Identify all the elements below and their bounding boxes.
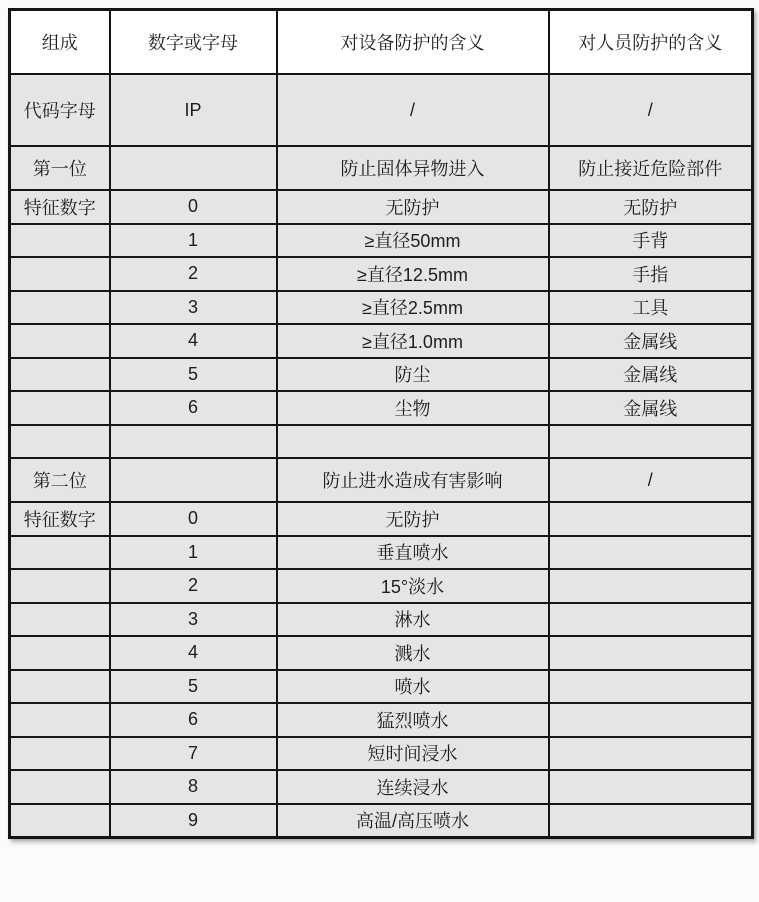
ip-rating-table: 组成 数字或字母 对设备防护的含义 对人员防护的含义 代码字母IP//第一位防止…: [8, 8, 754, 839]
table-row: 4溅水: [10, 636, 753, 670]
table-cell: [10, 636, 110, 670]
table-cell: 猛烈喷水: [277, 703, 549, 737]
table-cell: 3: [110, 603, 277, 637]
table-cell: ≥直径12.5mm: [277, 257, 549, 291]
table-cell: 7: [110, 737, 277, 771]
table-cell: [549, 569, 753, 603]
page: 组成 数字或字母 对设备防护的含义 对人员防护的含义 代码字母IP//第一位防止…: [0, 0, 759, 902]
table-cell: [10, 324, 110, 358]
table-cell: 4: [110, 636, 277, 670]
table-cell: 6: [110, 391, 277, 425]
table-cell: [549, 770, 753, 804]
table-cell: [277, 425, 549, 459]
table-cell: 短时间浸水: [277, 737, 549, 771]
table-cell: /: [549, 458, 753, 502]
table-cell: 5: [110, 358, 277, 392]
column-header-composition: 组成: [10, 10, 110, 75]
table-row: 特征数字0无防护无防护: [10, 190, 753, 224]
header-row: 组成 数字或字母 对设备防护的含义 对人员防护的含义: [10, 10, 753, 75]
table-cell: 9: [110, 804, 277, 838]
table-cell: 4: [110, 324, 277, 358]
table-row: 3≥直径2.5mm工具: [10, 291, 753, 325]
table-cell: 金属线: [549, 391, 753, 425]
table-cell: [10, 703, 110, 737]
table-cell: [10, 670, 110, 704]
table-cell: 防止进水造成有害影响: [277, 458, 549, 502]
table-row: 特征数字0无防护: [10, 502, 753, 536]
table-cell: [549, 670, 753, 704]
table-cell: 金属线: [549, 324, 753, 358]
column-header-personnel-protection: 对人员防护的含义: [549, 10, 753, 75]
table-cell: 8: [110, 770, 277, 804]
table-cell: [10, 224, 110, 258]
table-cell: 溅水: [277, 636, 549, 670]
table-cell: [110, 425, 277, 459]
table-cell: /: [277, 74, 549, 146]
table-row: 8连续浸水: [10, 770, 753, 804]
table-cell: 喷水: [277, 670, 549, 704]
table-cell: 0: [110, 190, 277, 224]
table-cell: 防尘: [277, 358, 549, 392]
table-cell: 1: [110, 224, 277, 258]
table-row: 3淋水: [10, 603, 753, 637]
table-cell: [10, 536, 110, 570]
table-row: 第二位防止进水造成有害影响/: [10, 458, 753, 502]
table-cell: 防止固体异物进入: [277, 146, 549, 190]
table-row: 9高温/高压喷水: [10, 804, 753, 838]
column-header-number-or-letter: 数字或字母: [110, 10, 277, 75]
table-cell: 尘物: [277, 391, 549, 425]
table-row: 6尘物金属线: [10, 391, 753, 425]
table-cell: [10, 804, 110, 838]
table-cell: [10, 569, 110, 603]
ip-rating-table-wrapper: 组成 数字或字母 对设备防护的含义 对人员防护的含义 代码字母IP//第一位防止…: [8, 8, 754, 839]
table-cell: 工具: [549, 291, 753, 325]
table-cell: 垂直喷水: [277, 536, 549, 570]
table-cell: 特征数字: [10, 502, 110, 536]
table-cell: /: [549, 74, 753, 146]
table-cell: 6: [110, 703, 277, 737]
table-row: 2≥直径12.5mm手指: [10, 257, 753, 291]
table-cell: ≥直径1.0mm: [277, 324, 549, 358]
table-cell: IP: [110, 74, 277, 146]
table-row: 5防尘金属线: [10, 358, 753, 392]
table-cell: [10, 291, 110, 325]
table-cell: [549, 536, 753, 570]
table-cell: [549, 804, 753, 838]
table-cell: 高温/高压喷水: [277, 804, 549, 838]
column-header-equipment-protection: 对设备防护的含义: [277, 10, 549, 75]
table-cell: [10, 603, 110, 637]
table-cell: [549, 737, 753, 771]
table-cell: [549, 636, 753, 670]
table-cell: [549, 425, 753, 459]
table-row: 第一位防止固体异物进入防止接近危险部件: [10, 146, 753, 190]
table-cell: [110, 458, 277, 502]
table-cell: 5: [110, 670, 277, 704]
table-cell: 第一位: [10, 146, 110, 190]
table-row: 1≥直径50mm手背: [10, 224, 753, 258]
table-cell: 防止接近危险部件: [549, 146, 753, 190]
table-cell: [10, 358, 110, 392]
table-body: 代码字母IP//第一位防止固体异物进入防止接近危险部件特征数字0无防护无防护1≥…: [10, 74, 753, 838]
table-cell: 0: [110, 502, 277, 536]
table-cell: 连续浸水: [277, 770, 549, 804]
table-cell: 第二位: [10, 458, 110, 502]
table-cell: 特征数字: [10, 190, 110, 224]
table-cell: 代码字母: [10, 74, 110, 146]
table-cell: 15°淡水: [277, 569, 549, 603]
table-cell: 3: [110, 291, 277, 325]
table-cell: 手背: [549, 224, 753, 258]
table-cell: [549, 502, 753, 536]
table-cell: ≥直径50mm: [277, 224, 549, 258]
table-row: 7短时间浸水: [10, 737, 753, 771]
table-row: 4≥直径1.0mm金属线: [10, 324, 753, 358]
table-cell: 无防护: [549, 190, 753, 224]
table-cell: 淋水: [277, 603, 549, 637]
table-row: 6猛烈喷水: [10, 703, 753, 737]
table-cell: 2: [110, 569, 277, 603]
table-cell: ≥直径2.5mm: [277, 291, 549, 325]
table-cell: 手指: [549, 257, 753, 291]
table-cell: 2: [110, 257, 277, 291]
table-cell: [549, 703, 753, 737]
table-cell: [549, 603, 753, 637]
table-cell: 1: [110, 536, 277, 570]
table-cell: [10, 770, 110, 804]
table-cell: 无防护: [277, 502, 549, 536]
table-cell: [10, 425, 110, 459]
table-row: 1垂直喷水: [10, 536, 753, 570]
table-cell: [10, 257, 110, 291]
table-cell: [10, 737, 110, 771]
table-cell: [10, 391, 110, 425]
table-row: [10, 425, 753, 459]
table-cell: 金属线: [549, 358, 753, 392]
table-cell: [110, 146, 277, 190]
table-row: 5喷水: [10, 670, 753, 704]
table-row: 代码字母IP//: [10, 74, 753, 146]
table-row: 215°淡水: [10, 569, 753, 603]
table-cell: 无防护: [277, 190, 549, 224]
